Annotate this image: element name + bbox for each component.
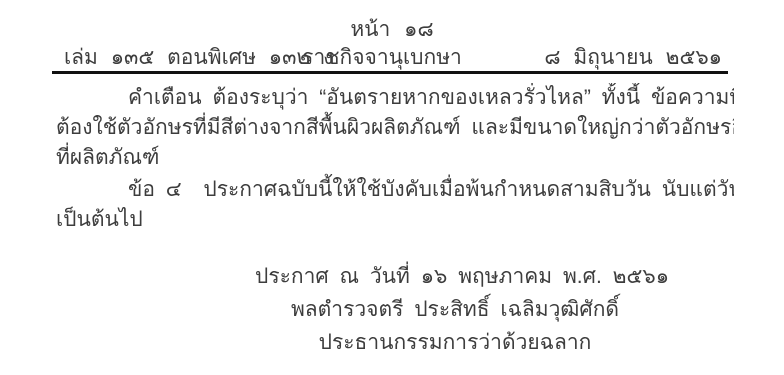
gazette-page: หน้า ๑๘ เล่ม ๑๓๕ ตอนพิเศษ ๑๓๒ ง ราชกิจจา… xyxy=(0,0,784,375)
proclamation-date-line: ประกาศ ณ วันที่ ๑๖ พฤษภาคม พ.ศ. ๒๕๖๑ xyxy=(255,260,655,293)
signature-block: ประกาศ ณ วันที่ ๑๖ พฤษภาคม พ.ศ. ๒๕๖๑ พลต… xyxy=(255,260,655,359)
publication-date: ๘ มิถุนายน ๒๕๖๑ xyxy=(544,44,722,72)
paragraph-warning-line-1: คำเตือน ต้องระบุว่า “อันตรายหากของเหลวรั… xyxy=(56,83,734,113)
paragraph-clause4-line-1: ข้อ ๔ ประกาศฉบับนี้ให้ใช้บังคับเมื่อพ้นก… xyxy=(56,175,734,205)
paragraph-clause4-line-2: เป็นต้นไป xyxy=(56,205,734,235)
paragraph-warning-line-2: ต้องใช้ตัวอักษรที่มีสีต่างจากสีพื้นผิวผล… xyxy=(56,113,734,143)
signer-title: ประธานกรรมการว่าด้วยฉลาก xyxy=(255,326,655,359)
paragraph-warning-line-3: ที่ผลิตภัณฑ์ xyxy=(56,143,734,173)
page-number: หน้า ๑๘ xyxy=(0,16,784,44)
header-divider xyxy=(52,71,728,74)
body-text: คำเตือน ต้องระบุว่า “อันตรายหากของเหลวรั… xyxy=(56,83,734,235)
signer-name: พลตำรวจตรี ประสิทธิ์ เฉลิมวุฒิศักดิ์ xyxy=(255,293,655,326)
